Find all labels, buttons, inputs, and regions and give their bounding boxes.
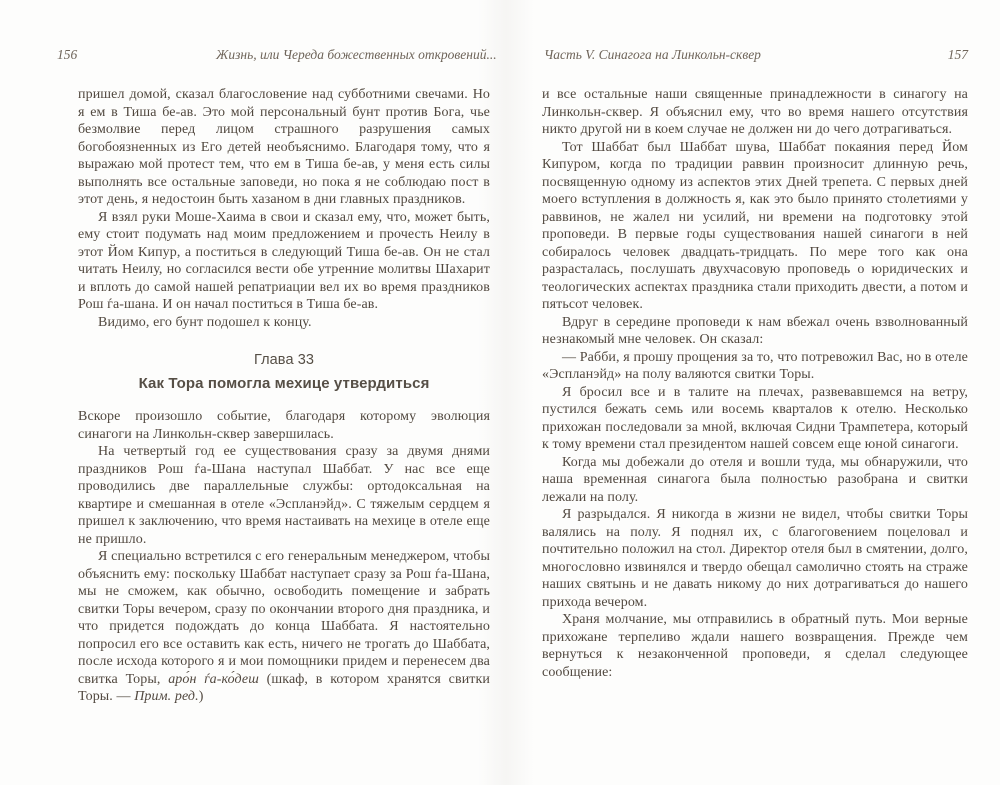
right-running-title: Часть V. Синагога на Линкольн-сквер xyxy=(544,47,761,62)
paragraph: На четвертый год ее существования сразу … xyxy=(78,443,490,548)
right-page-body: и все остальные наши священные принадлеж… xyxy=(542,86,968,681)
page-right: Часть V. Синагога на Линкольн-сквер 157 … xyxy=(542,47,968,681)
paragraph: Видимо, его бунт подошел к концу. xyxy=(78,314,490,332)
chapter-title: Как Тора помогла мехице утвердиться xyxy=(78,375,490,393)
paragraph: Вдруг в середине проповеди к нам вбежал … xyxy=(542,314,968,349)
book-spread: 156 Жизнь, или Череда божественных откро… xyxy=(0,0,1000,785)
left-running-head: 156 Жизнь, или Череда божественных откро… xyxy=(78,47,490,62)
dialogue-paragraph: — Рабби, я прошу прощения за то, что пот… xyxy=(542,349,968,384)
paragraph: Тот Шаббат был Шаббат шува, Шаббат покая… xyxy=(542,139,968,314)
hebrew-term: аро́н ѓа-ко́деш xyxy=(168,672,259,687)
paragraph-with-editor-note: Я специально встретился с его генеральны… xyxy=(78,548,490,706)
left-page-body: пришел домой, сказал благословение над с… xyxy=(78,86,490,706)
right-page-number: 157 xyxy=(948,47,968,62)
paragraph: и все остальные наши священные принадлеж… xyxy=(542,86,968,139)
page-left: 156 Жизнь, или Череда божественных откро… xyxy=(78,47,490,706)
left-running-title: Жизнь, или Череда божественных откровени… xyxy=(216,47,497,62)
paragraph: Я бросил все и в талите на плечах, разве… xyxy=(542,384,968,454)
left-page-number: 156 xyxy=(57,47,77,62)
paragraph: пришел домой, сказал благословение над с… xyxy=(78,86,490,209)
paragraph: Я разрыдался. Я никогда в жизни не видел… xyxy=(542,506,968,611)
paragraph: Храня молчание, мы отправились в обратны… xyxy=(542,611,968,681)
chapter-number: Глава 33 xyxy=(78,351,490,369)
right-running-head: Часть V. Синагога на Линкольн-сквер 157 xyxy=(542,47,968,62)
paragraph: Вскоре произошло событие, благодаря кото… xyxy=(78,408,490,443)
paragraph: Когда мы добежали до отеля и вошли туда,… xyxy=(542,454,968,507)
editor-note: Прим. ред. xyxy=(134,689,199,704)
chapter-heading: Глава 33 Как Тора помогла мехице утверди… xyxy=(78,351,490,393)
paragraph: Я взял руки Моше-Хаима в свои и сказал е… xyxy=(78,209,490,314)
paragraph-text: ) xyxy=(199,689,204,704)
paragraph-text: Я специально встретился с его генеральны… xyxy=(78,549,490,687)
